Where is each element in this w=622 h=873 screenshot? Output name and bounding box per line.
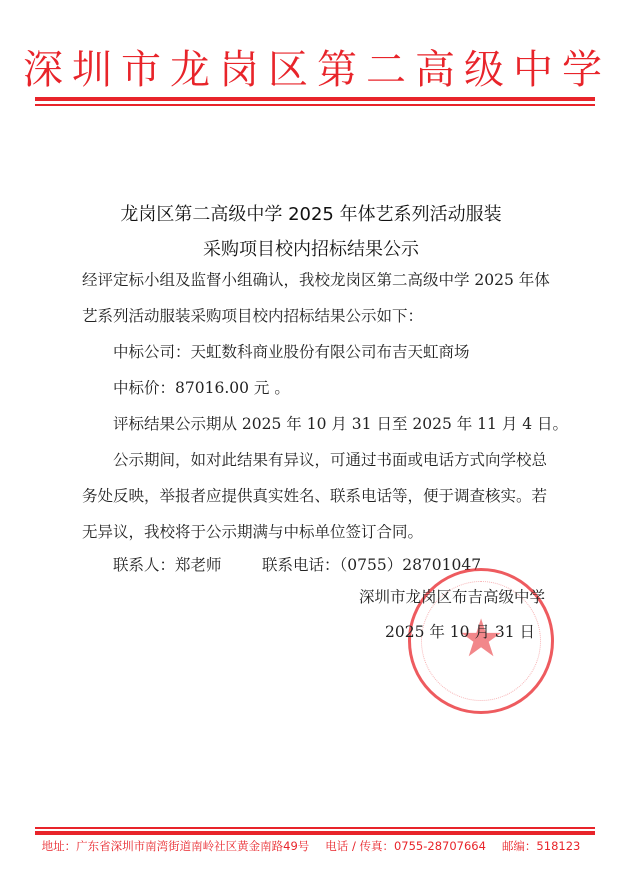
objection-line1: 公示期间，如对此结果有异议，可通过书面或电话方式向学校总 <box>113 450 547 470</box>
winner-value: 天虹数科商业股份有限公司布吉天虹商场 <box>191 343 470 361</box>
price-label: 中标价： <box>113 379 175 397</box>
letterhead-thick-rule <box>35 97 595 101</box>
price-line: 中标价：87016.00 元 。 <box>113 378 290 398</box>
publicity-period: 评标结果公示期从 2025 年 10 月 31 日至 2025 年 11 月 4… <box>113 414 568 434</box>
footer-thin-rule <box>35 827 595 829</box>
letterhead-thin-rule <box>35 104 595 106</box>
notice-title-line1: 龙岗区第二高级中学 2025 年体艺系列活动服装 <box>0 200 622 226</box>
footer-thick-rule <box>35 831 595 835</box>
intro-line1: 经评定标小组及监督小组确认，我校龙岗区第二高级中学 2025 年体 <box>82 270 550 290</box>
contact-person-value: 郑老师 <box>175 556 222 574</box>
footer-phone-fax: 电话 / 传真：0755-28707664 <box>325 839 486 853</box>
contact-person: 联系人：郑老师 <box>113 555 222 575</box>
intro-line2: 艺系列活动服装采购项目校内招标结果公示如下： <box>82 306 423 326</box>
winner-line: 中标公司：天虹数科商业股份有限公司布吉天虹商场 <box>113 342 470 362</box>
contact-phone-label: 联系电话： <box>262 556 340 574</box>
contact-phone: 联系电话：（0755）28701047 <box>262 555 481 575</box>
signature-org: 深圳市龙岗区布吉高级中学 <box>359 587 545 607</box>
letterhead-school-name: 深圳市龙岗区第二高级中学 <box>0 44 622 96</box>
notice-title-line2: 采购项目校内招标结果公示 <box>0 235 622 261</box>
footer-postcode: 邮编：518123 <box>502 839 580 853</box>
signature-date: 2025 年 10 月 31 日 <box>385 622 535 642</box>
footer-contact-info: 地址：广东省深圳市南湾街道南岭社区黄金南路49号电话 / 传真：0755-287… <box>0 838 622 854</box>
price-value: 87016.00 元 。 <box>175 379 290 397</box>
contact-person-label: 联系人： <box>113 556 175 574</box>
footer-address: 地址：广东省深圳市南湾街道南岭社区黄金南路49号 <box>42 839 310 853</box>
objection-line3: 无异议，我校将于公示期满与中标单位签订合同。 <box>82 522 423 542</box>
winner-label: 中标公司： <box>113 343 191 361</box>
objection-line2: 务处反映，举报者应提供真实姓名、联系电话等，便于调查核实。若 <box>82 486 547 506</box>
